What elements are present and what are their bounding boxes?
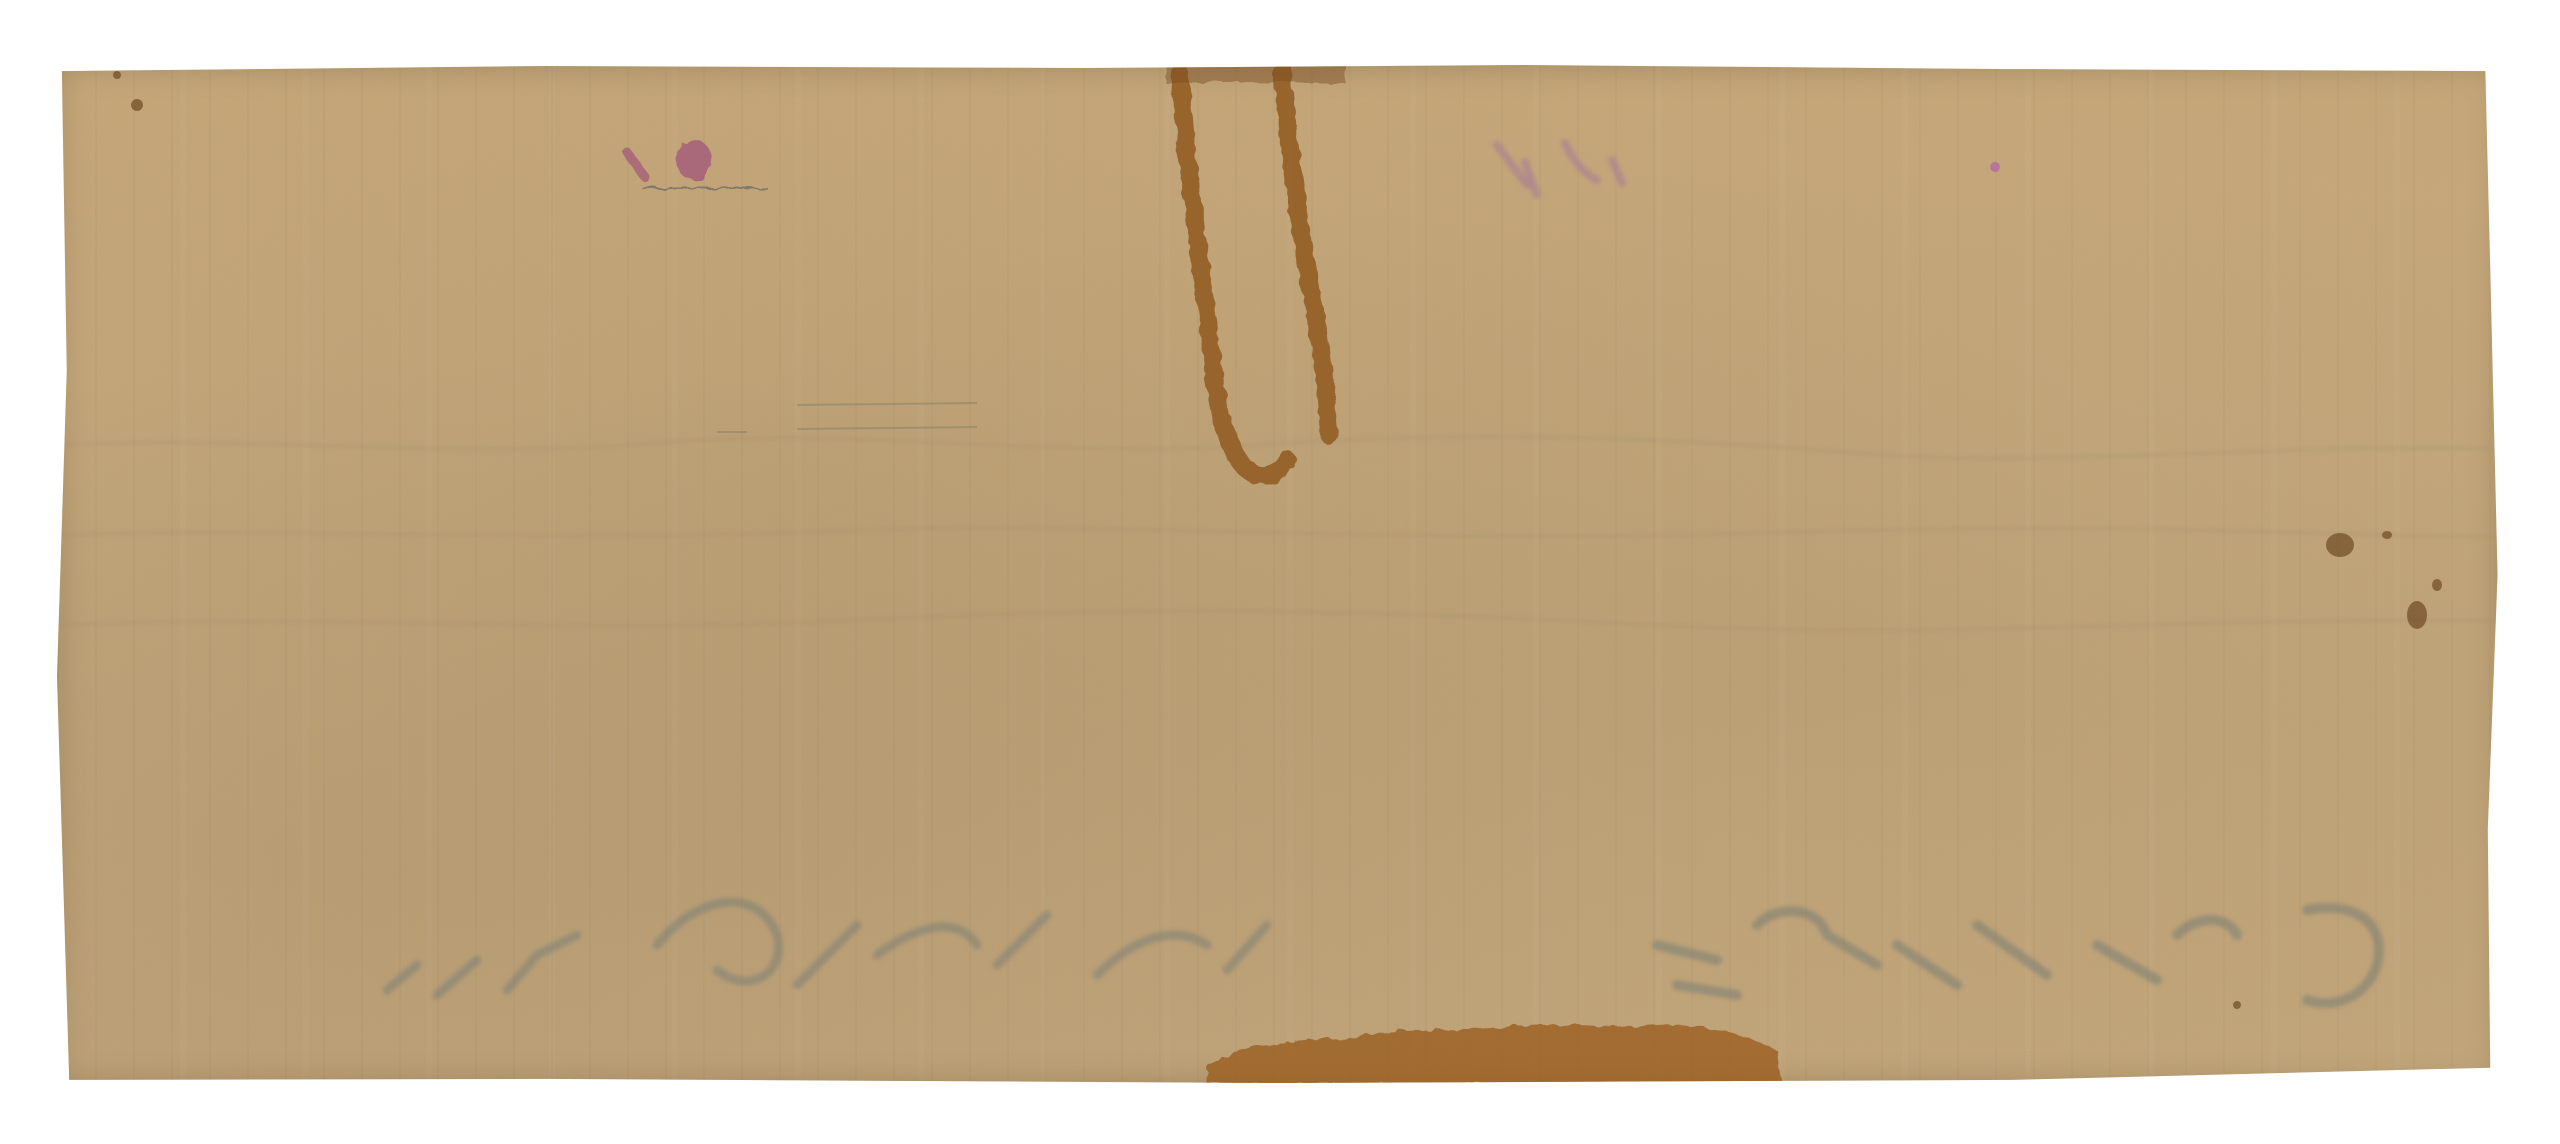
paper-grain <box>57 65 2500 1084</box>
ink-dot-right <box>1990 162 2000 172</box>
paper-marks <box>57 65 2500 1084</box>
banknote-paper <box>57 65 2500 1084</box>
